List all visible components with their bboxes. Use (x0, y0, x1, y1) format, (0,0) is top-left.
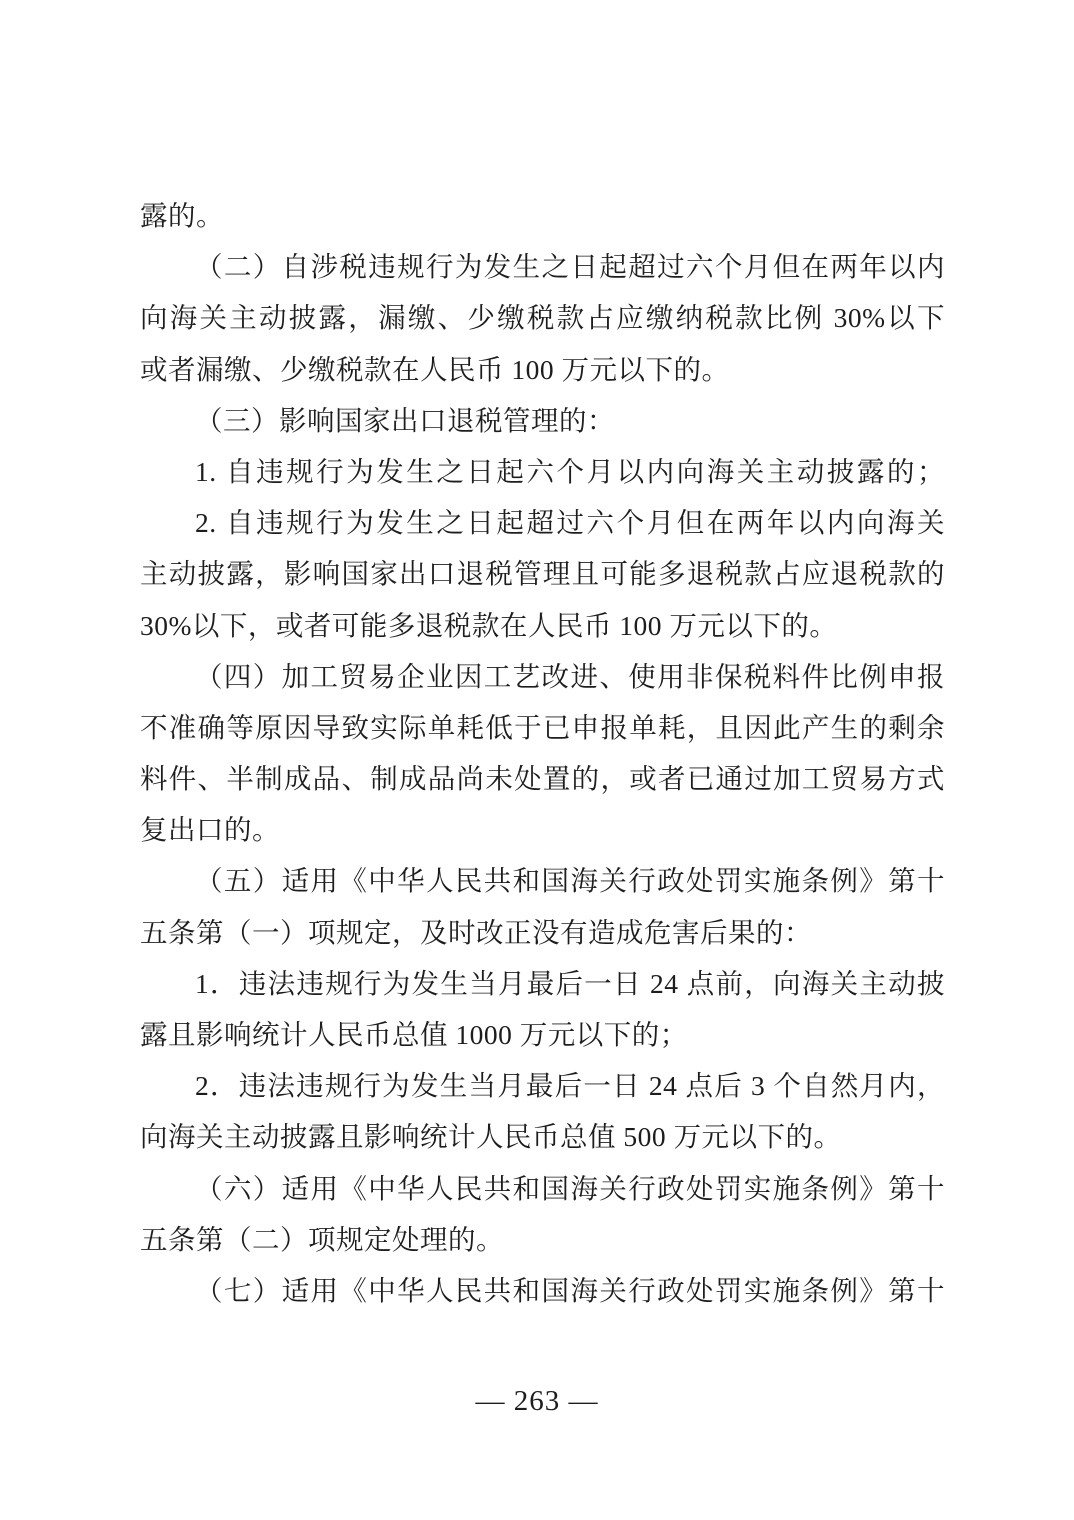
text-line: 2．违法违规行为发生当月最后一日 24 点后 3 个自然月内， (140, 1060, 945, 1111)
text-line: 不准确等原因导致实际单耗低于已申报单耗，且因此产生的剩余 (140, 702, 945, 753)
document-body: 露的。 （二）自涉税违规行为发生之日起超过六个月但在两年以内 向海关主动披露，漏… (140, 190, 945, 1316)
text-line: 或者漏缴、少缴税款在人民币 100 万元以下的。 (140, 344, 945, 395)
text-line: 30%以下，或者可能多退税款在人民币 100 万元以下的。 (140, 600, 945, 651)
text-line: （七）适用《中华人民共和国海关行政处罚实施条例》第十 (140, 1265, 945, 1316)
text-line: （二）自涉税违规行为发生之日起超过六个月但在两年以内 (140, 241, 945, 292)
text-line: 向海关主动披露且影响统计人民币总值 500 万元以下的。 (140, 1111, 945, 1162)
text-line: 复出口的。 (140, 804, 945, 855)
text-line: 1．违法违规行为发生当月最后一日 24 点前，向海关主动披 (140, 958, 945, 1009)
text-line: 2. 自违规行为发生之日起超过六个月但在两年以内向海关 (140, 497, 945, 548)
text-line: （六）适用《中华人民共和国海关行政处罚实施条例》第十 (140, 1163, 945, 1214)
text-line: 露的。 (140, 190, 945, 241)
text-line: （四）加工贸易企业因工艺改进、使用非保税料件比例申报 (140, 651, 945, 702)
text-line: 1. 自违规行为发生之日起六个月以内向海关主动披露的； (140, 446, 945, 497)
text-line: 五条第（二）项规定处理的。 (140, 1214, 945, 1265)
text-line: 料件、半制成品、制成品尚未处置的，或者已通过加工贸易方式 (140, 753, 945, 804)
text-line: （五）适用《中华人民共和国海关行政处罚实施条例》第十 (140, 855, 945, 906)
document-page: 露的。 （二）自涉税违规行为发生之日起超过六个月但在两年以内 向海关主动披露，漏… (0, 0, 1074, 1520)
text-line: 主动披露，影响国家出口退税管理且可能多退税款占应退税款的 (140, 548, 945, 599)
text-line: （三）影响国家出口退税管理的： (140, 395, 945, 446)
page-number: — 263 — (0, 1380, 1074, 1422)
text-line: 露且影响统计人民币总值 1000 万元以下的； (140, 1009, 945, 1060)
text-line: 五条第（一）项规定，及时改正没有造成危害后果的： (140, 907, 945, 958)
text-line: 向海关主动披露，漏缴、少缴税款占应缴纳税款比例 30%以下的， (140, 292, 945, 343)
